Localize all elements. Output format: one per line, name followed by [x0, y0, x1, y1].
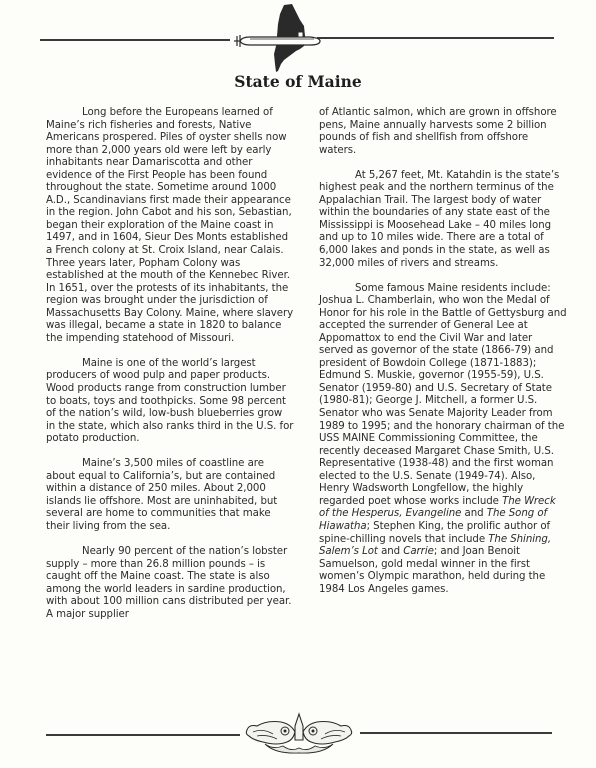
residents-text-4: and [378, 546, 403, 557]
submarine-dolphins-insignia-icon [243, 712, 355, 754]
footer-rule-left [46, 734, 240, 736]
header-rule-left [40, 39, 230, 41]
king-works-2: Carrie [403, 546, 434, 557]
page-title: State of Maine [0, 72, 596, 91]
left-column: Long before the Europeans learned of Mai… [46, 107, 294, 634]
paragraph-coastline: Maine’s 3,500 miles of coastline are abo… [46, 458, 294, 533]
maine-map-submarine-icon [234, 2, 322, 74]
paragraph-residents: Some famous Maine residents include: Jos… [319, 283, 567, 597]
paragraph-seafood: Nearly 90 percent of the nation’s lobste… [46, 546, 294, 621]
paragraph-geography: At 5,267 feet, Mt. Katahdin is the state… [319, 170, 567, 270]
header-rule-right [317, 37, 554, 39]
residents-text-1: Some famous Maine residents include: Jos… [319, 283, 567, 507]
footer-rule-right [360, 732, 552, 734]
paragraph-history: Long before the Europeans learned of Mai… [46, 107, 294, 345]
residents-text-2: and [461, 508, 486, 519]
paragraph-seafood-continued: of Atlantic salmon, which are grown in o… [319, 107, 567, 157]
paragraph-industry: Maine is one of the world’s largest prod… [46, 358, 294, 446]
document-page: State of Maine Long before the Europeans… [0, 0, 596, 768]
right-column: of Atlantic salmon, which are grown in o… [319, 107, 567, 609]
